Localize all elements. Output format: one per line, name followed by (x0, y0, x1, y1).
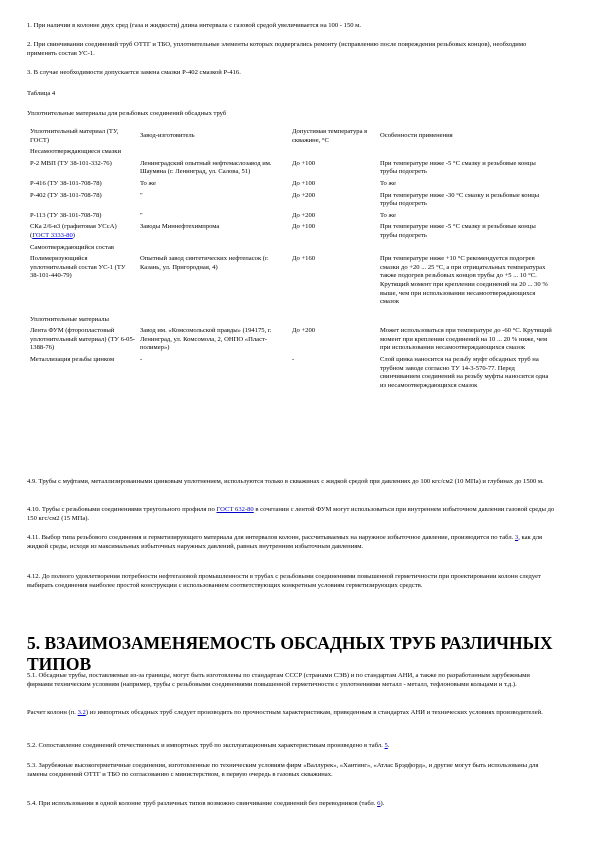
table-row: Р-416 (ТУ 38-101-708-78) То же До +100 Т… (27, 180, 555, 192)
material-text-after: ) (73, 232, 75, 239)
cell-manufacturer: Ленинградский опытный нефтемаслозавод им… (137, 160, 289, 180)
cell-temperature: До +200 (289, 192, 377, 212)
table-row: Р-113 (ТУ 38-101-708-78) " До +200 То же (27, 212, 555, 224)
table-caption: Уплотнительные материалы для резьбовых с… (27, 110, 557, 119)
paragraph-5-1: 5.1. Обсадные трубы, поставляемые из-за … (27, 672, 557, 689)
note-2: 2. При свинчивании соединений труб ОТТГ … (27, 41, 557, 58)
gost-632-80-link[interactable]: ГОСТ 632-80 (216, 506, 253, 513)
cell-notes: Может использоваться при температуре до … (377, 327, 555, 356)
paragraph-calc: Расчет колонн (п. 3.2) из импортных обса… (27, 709, 557, 718)
cell-manufacturer: Опытный завод синтетических нефтепасок (… (137, 255, 289, 310)
table-label: Таблица 4 (27, 90, 557, 99)
cell-temperature: - (289, 356, 377, 393)
paragraph-5-3: 5.3. Зарубежные высокогерметичные соедин… (27, 762, 557, 779)
sealing-materials-table: Уплотнительный материал (ТУ, ГОСТ) Завод… (27, 128, 555, 393)
text: 5.4. При использовании в одной колонне т… (27, 800, 377, 807)
text: 4.11. Выбор типа резьбового соединения и… (27, 534, 515, 541)
cell-material: Полимеризующийся уплотнительный состав У… (27, 255, 137, 310)
section-3-2-link[interactable]: 3.2 (78, 709, 86, 716)
cell-temperature: До +100 (289, 223, 377, 243)
cell-material: Р-402 (ТУ 38-101-708-78) (27, 192, 137, 212)
table-group-row: Уплотнительные материалы (27, 310, 555, 328)
table-row: Р-402 (ТУ 38-101-708-78) " До +200 При т… (27, 192, 555, 212)
table-group-row: Несамоотверждающиеся смазки (27, 148, 555, 160)
cell-manufacturer: - (137, 356, 289, 393)
section-5-heading: 5. ВЗАИМОЗАМЕНЯЕМОСТЬ ОБСАДНЫХ ТРУБ РАЗЛ… (27, 633, 557, 675)
cell-notes: То же (377, 212, 555, 224)
paragraph-4-9: 4.9. Трубы с муфтами, металлизированными… (27, 478, 557, 487)
cell-temperature: До +100 (289, 160, 377, 180)
table-row: Металлизация резьбы цинком - - Слой цинк… (27, 356, 555, 393)
cell-material: Р-416 (ТУ 38-101-708-78) (27, 180, 137, 192)
table-row: Р-2 МВП (ТУ 38-101-332-76) Ленинградский… (27, 160, 555, 180)
table-row: Полимеризующийся уплотнительный состав У… (27, 255, 555, 310)
paragraph-4-12: 4.12. До полного удовлетворения потребно… (27, 573, 557, 590)
text: 4.10. Трубы с резьбовыми соединениями тр… (27, 506, 216, 513)
cell-notes: При температуре ниже +10 °С рекомендуетс… (377, 255, 555, 310)
header-notes: Особенности применения (377, 128, 555, 148)
table-header-row: Уплотнительный материал (ТУ, ГОСТ) Завод… (27, 128, 555, 148)
cell-material: СКа 2/6-в3 (графитовая УСсА) (ГОСТ 3333-… (27, 223, 137, 243)
cell-temperature: До +200 (289, 327, 377, 356)
table-group-row: Самоотверждающийся состав (27, 244, 555, 256)
text: . (388, 742, 390, 749)
group-title: Уплотнительные материалы (27, 310, 555, 328)
cell-material: Металлизация резьбы цинком (27, 356, 137, 393)
header-material: Уплотнительный материал (ТУ, ГОСТ) (27, 128, 137, 148)
cell-notes: При температуре ниже -30 °С смазку и рез… (377, 192, 555, 212)
header-temperature: Допустимая температура в скважине, °С (289, 128, 377, 148)
cell-manufacturer: Заводы Миннефтехимпрома (137, 223, 289, 243)
cell-temperature: До +200 (289, 212, 377, 224)
cell-notes: При температуре ниже -5 °С смазку и резь… (377, 223, 555, 243)
cell-manufacturer: " (137, 192, 289, 212)
table-row: Лента ФУМ (фторопластовый уплотнительный… (27, 327, 555, 356)
cell-notes: То же (377, 180, 555, 192)
cell-manufacturer: То же (137, 180, 289, 192)
group-title: Несамоотверждающиеся смазки (27, 148, 555, 160)
text: ) из импортных обсадных труб следует про… (86, 709, 543, 716)
cell-manufacturer: " (137, 212, 289, 224)
paragraph-5-4: 5.4. При использовании в одной колонне т… (27, 800, 557, 809)
cell-material: Лента ФУМ (фторопластовый уплотнительный… (27, 327, 137, 356)
paragraph-4-11: 4.11. Выбор типа резьбового соединения и… (27, 534, 557, 551)
header-manufacturer: Завод-изготовитель (137, 128, 289, 148)
gost-3333-80-link[interactable]: ГОСТ 3333-80 (32, 232, 73, 239)
cell-temperature: До +100 (289, 180, 377, 192)
note-1: 1. При наличии в колонне двух сред (газа… (27, 22, 557, 31)
paragraph-4-10: 4.10. Трубы с резьбовыми соединениями тр… (27, 506, 557, 523)
table-row: СКа 2/6-в3 (графитовая УСсА) (ГОСТ 3333-… (27, 223, 555, 243)
text: ). (380, 800, 384, 807)
cell-temperature: До +160 (289, 255, 377, 310)
text: 5.2. Сопоставление соединений отечествен… (27, 742, 384, 749)
group-title: Самоотверждающийся состав (27, 244, 555, 256)
text: Расчет колонн (п. (27, 709, 78, 716)
cell-notes: Слой цинка наносится на резьбу муфт обса… (377, 356, 555, 393)
cell-manufacturer: Завод им. «Комсомольской правды» (194175… (137, 327, 289, 356)
note-3: 3. В случае необходимости допускается за… (27, 69, 557, 78)
cell-material: Р-113 (ТУ 38-101-708-78) (27, 212, 137, 224)
cell-notes: При температуре ниже -5 °С смазку и резь… (377, 160, 555, 180)
cell-material: Р-2 МВП (ТУ 38-101-332-76) (27, 160, 137, 180)
paragraph-5-2: 5.2. Сопоставление соединений отечествен… (27, 742, 557, 751)
